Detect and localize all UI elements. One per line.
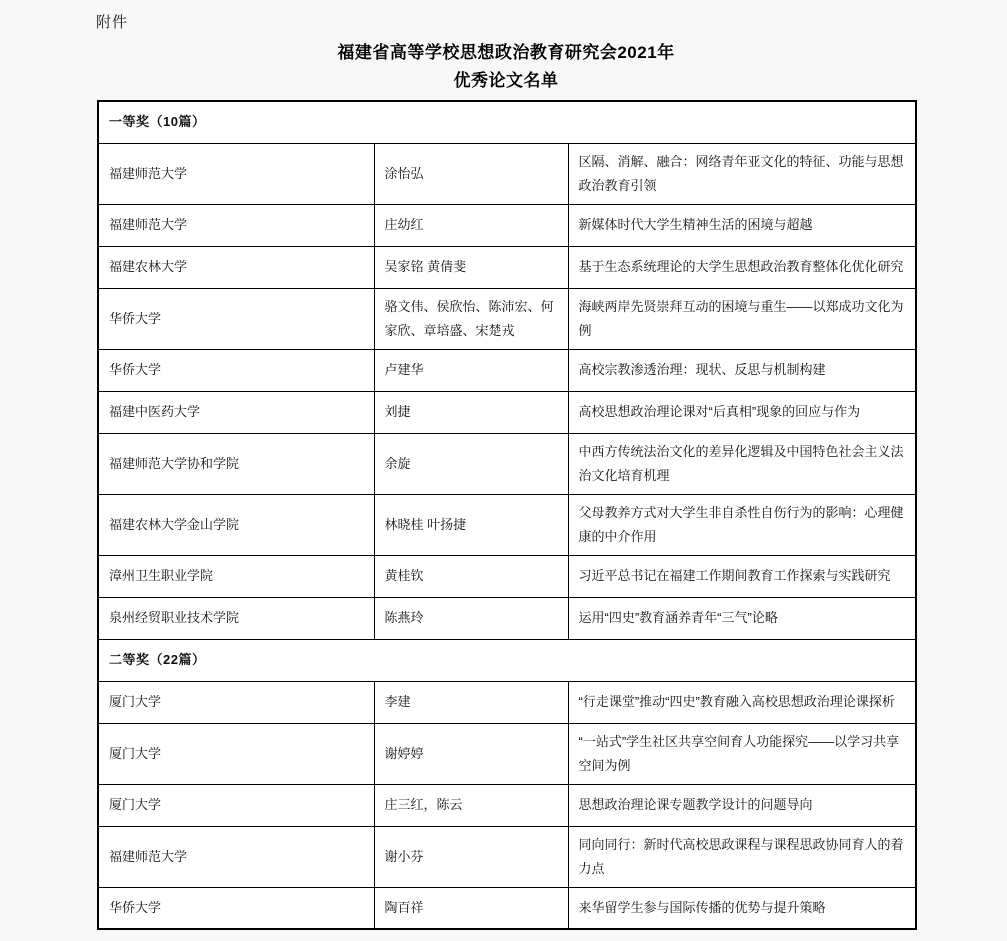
table-row: 福建中医药大学 刘捷 高校思想政治理论课对“后真相”现象的回应与作为 [98, 391, 916, 433]
table-row: 厦门大学 谢婷婷 “一站式”学生社区共享空间育人功能探究——以学习共享空间为例 [98, 723, 916, 784]
table-row: 福建农林大学 吴家铭 黄倩斐 基于生态系统理论的大学生思想政治教育整体化优化研究 [98, 246, 916, 288]
table-row: 华侨大学 卢建华 高校宗教渗透治理：现状、反思与机制构建 [98, 349, 916, 391]
authors-cell: 林晓桂 叶扬捷 [374, 494, 568, 555]
table-row: 泉州经贸职业技术学院 陈燕玲 运用“四史”教育涵养青年“三气”论略 [98, 597, 916, 639]
school-cell: 福建中医药大学 [98, 391, 374, 433]
page-title: 福建省高等学校思想政治教育研究会2021年 优秀论文名单 [97, 39, 915, 95]
table-row: 福建师范大学 涂怡弘 区隔、消解、融合：网络青年亚文化的特征、功能与思想政治教育… [98, 143, 916, 204]
school-cell: 泉州经贸职业技术学院 [98, 597, 374, 639]
school-cell: 福建农林大学 [98, 246, 374, 288]
school-cell: 华侨大学 [98, 887, 374, 929]
school-cell: 福建师范大学协和学院 [98, 433, 374, 494]
paper-title-cell: 运用“四史”教育涵养青年“三气”论略 [568, 597, 916, 639]
paper-title-cell: 同向同行：新时代高校思政课程与课程思政协同育人的着力点 [568, 826, 916, 887]
school-cell: 厦门大学 [98, 723, 374, 784]
award-papers-table: 一等奖（10篇） 福建师范大学 涂怡弘 区隔、消解、融合：网络青年亚文化的特征、… [97, 100, 917, 930]
school-cell: 福建师范大学 [98, 204, 374, 246]
section-header-first-prize: 一等奖（10篇） [98, 101, 916, 143]
authors-cell: 卢建华 [374, 349, 568, 391]
authors-cell: 黄桂钦 [374, 555, 568, 597]
attachment-label: 附件 [96, 11, 128, 32]
authors-cell: 庄幼红 [374, 204, 568, 246]
paper-title-cell: “一站式”学生社区共享空间育人功能探究——以学习共享空间为例 [568, 723, 916, 784]
school-cell: 福建农林大学金山学院 [98, 494, 374, 555]
section-header-second-prize: 二等奖（22篇） [98, 639, 916, 681]
paper-title-cell: “行走课堂”推动“四史”教育融入高校思想政治理论课探析 [568, 681, 916, 723]
authors-cell: 谢婷婷 [374, 723, 568, 784]
authors-cell: 骆文伟、侯欣怡、陈沛宏、何家欣、章培盛、宋楚戎 [374, 288, 568, 349]
table-row: 福建师范大学 谢小芬 同向同行：新时代高校思政课程与课程思政协同育人的着力点 [98, 826, 916, 887]
paper-title-cell: 高校宗教渗透治理：现状、反思与机制构建 [568, 349, 916, 391]
table-row: 福建农林大学金山学院 林晓桂 叶扬捷 父母教养方式对大学生非自杀性自伤行为的影响… [98, 494, 916, 555]
authors-cell: 余旋 [374, 433, 568, 494]
paper-title-cell: 区隔、消解、融合：网络青年亚文化的特征、功能与思想政治教育引领 [568, 143, 916, 204]
table-row: 厦门大学 庄三红，陈云 思想政治理论课专题教学设计的问题导向 [98, 784, 916, 826]
table-row: 华侨大学 陶百祥 来华留学生参与国际传播的优势与提升策略 [98, 887, 916, 929]
authors-cell: 李建 [374, 681, 568, 723]
page-title-line2: 优秀论文名单 [97, 67, 915, 95]
section-header-row: 一等奖（10篇） [98, 101, 916, 143]
section-header-row: 二等奖（22篇） [98, 639, 916, 681]
table-row: 厦门大学 李建 “行走课堂”推动“四史”教育融入高校思想政治理论课探析 [98, 681, 916, 723]
school-cell: 漳州卫生职业学院 [98, 555, 374, 597]
paper-title-cell: 高校思想政治理论课对“后真相”现象的回应与作为 [568, 391, 916, 433]
paper-title-cell: 父母教养方式对大学生非自杀性自伤行为的影响：心理健康的中介作用 [568, 494, 916, 555]
paper-title-cell: 海峡两岸先贤崇拜互动的困境与重生——以郑成功文化为例 [568, 288, 916, 349]
authors-cell: 庄三红，陈云 [374, 784, 568, 826]
paper-title-cell: 中西方传统法治文化的差异化逻辑及中国特色社会主义法治文化培育机理 [568, 433, 916, 494]
paper-title-cell: 新媒体时代大学生精神生活的困境与超越 [568, 204, 916, 246]
school-cell: 福建师范大学 [98, 826, 374, 887]
authors-cell: 谢小芬 [374, 826, 568, 887]
authors-cell: 吴家铭 黄倩斐 [374, 246, 568, 288]
paper-title-cell: 习近平总书记在福建工作期间教育工作探索与实践研究 [568, 555, 916, 597]
school-cell: 华侨大学 [98, 288, 374, 349]
school-cell: 厦门大学 [98, 784, 374, 826]
table-row: 福建师范大学 庄幼红 新媒体时代大学生精神生活的困境与超越 [98, 204, 916, 246]
table-row: 福建师范大学协和学院 余旋 中西方传统法治文化的差异化逻辑及中国特色社会主义法治… [98, 433, 916, 494]
school-cell: 厦门大学 [98, 681, 374, 723]
authors-cell: 陶百祥 [374, 887, 568, 929]
authors-cell: 涂怡弘 [374, 143, 568, 204]
table-row: 华侨大学 骆文伟、侯欣怡、陈沛宏、何家欣、章培盛、宋楚戎 海峡两岸先贤崇拜互动的… [98, 288, 916, 349]
table-row: 漳州卫生职业学院 黄桂钦 习近平总书记在福建工作期间教育工作探索与实践研究 [98, 555, 916, 597]
authors-cell: 陈燕玲 [374, 597, 568, 639]
paper-title-cell: 基于生态系统理论的大学生思想政治教育整体化优化研究 [568, 246, 916, 288]
school-cell: 华侨大学 [98, 349, 374, 391]
page-title-line1: 福建省高等学校思想政治教育研究会2021年 [97, 39, 915, 67]
authors-cell: 刘捷 [374, 391, 568, 433]
paper-title-cell: 来华留学生参与国际传播的优势与提升策略 [568, 887, 916, 929]
paper-title-cell: 思想政治理论课专题教学设计的问题导向 [568, 784, 916, 826]
school-cell: 福建师范大学 [98, 143, 374, 204]
